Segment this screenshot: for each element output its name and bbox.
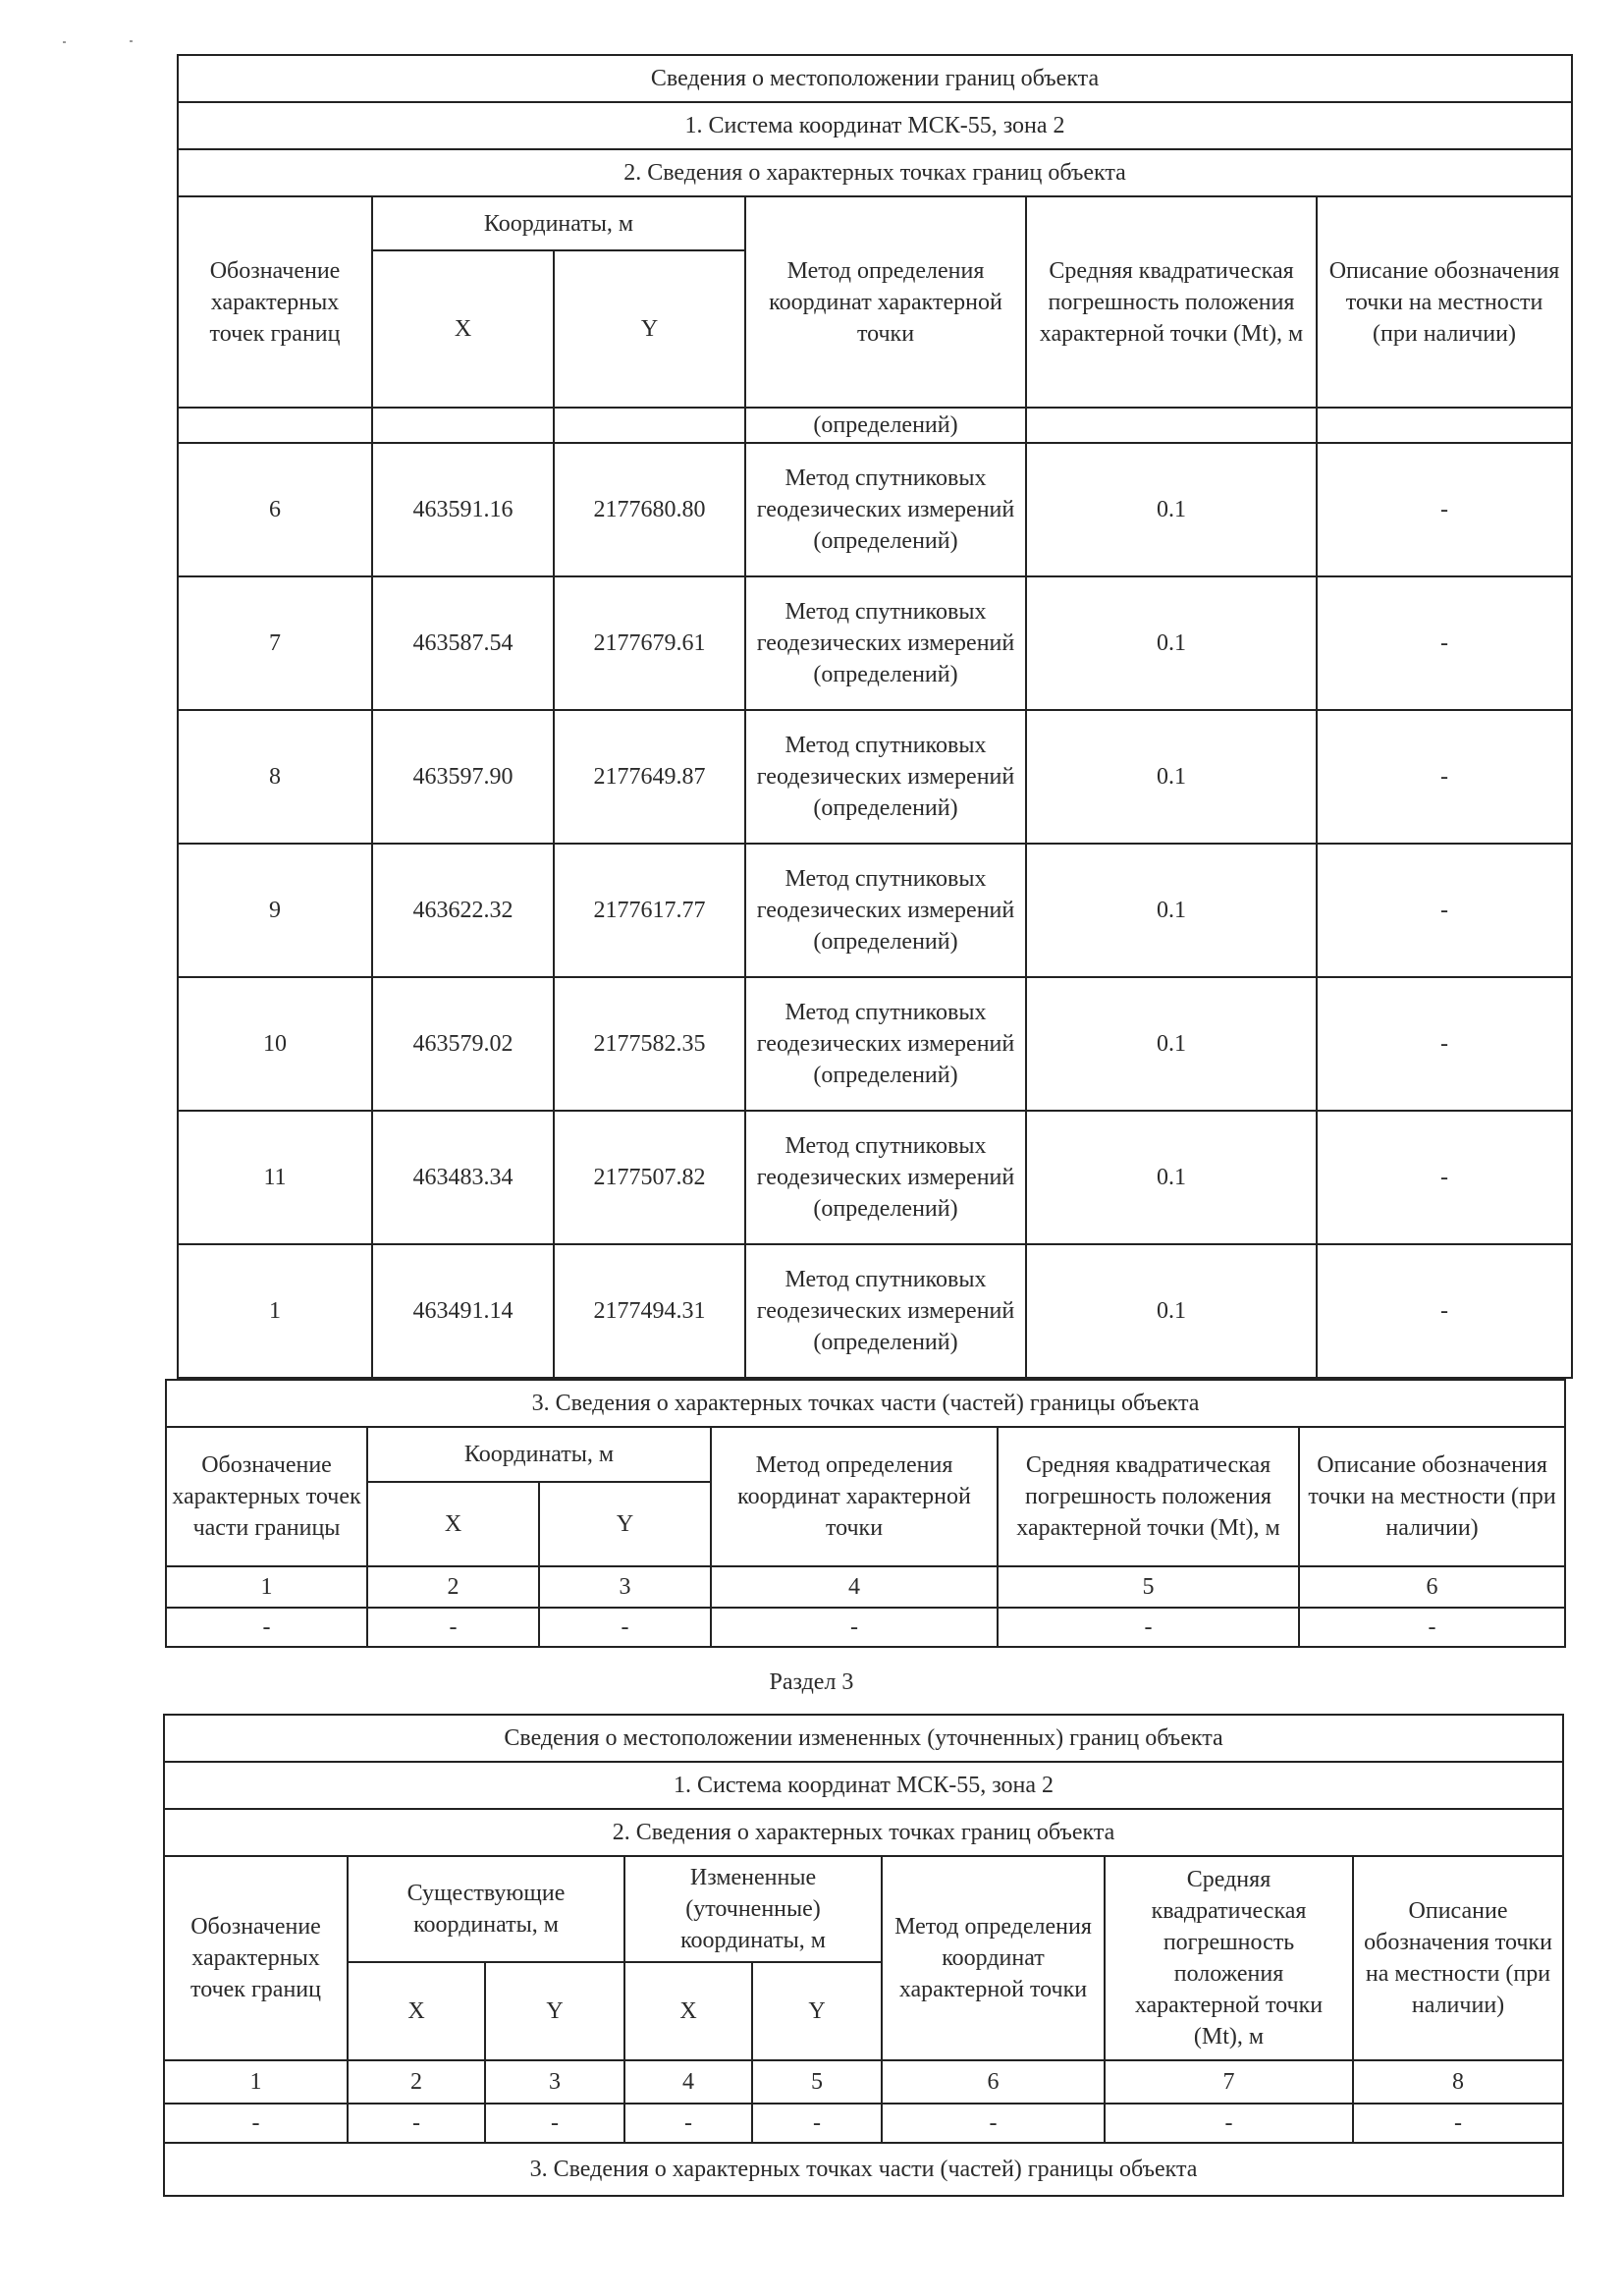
column-number: 8 — [1353, 2060, 1563, 2104]
part-boundary-points-table: 3. Сведения о характерных точках части (… — [165, 1379, 1566, 1648]
header-designation: Обозначение характерных точек границ — [164, 1856, 348, 2060]
empty-cell: - — [164, 2104, 348, 2143]
point-id: 6 — [178, 443, 372, 576]
column-number-row: 12345678 — [164, 2060, 1563, 2104]
coord-x: 463597.90 — [372, 710, 554, 844]
column-number: 5 — [998, 1566, 1299, 1608]
table-row: 6463591.162177680.80Метод спутниковых ге… — [178, 443, 1572, 576]
table-row: 8463597.902177649.87Метод спутниковых ге… — [178, 710, 1572, 844]
table-row: 7463587.542177679.61Метод спутниковых ге… — [178, 576, 1572, 710]
empty-cell: - — [1299, 1608, 1565, 1647]
table-row: 1463491.142177494.31Метод спутниковых ге… — [178, 1244, 1572, 1378]
part-table-title: 3. Сведения о характерных точках части (… — [166, 1380, 1565, 1427]
scan-speck — [63, 41, 66, 43]
mt-value: 0.1 — [1026, 576, 1317, 710]
empty-cell: - — [1353, 2104, 1563, 2143]
method: Метод спутниковых геодезических измерени… — [745, 1111, 1026, 1244]
part-table-title: 3. Сведения о характерных точках части (… — [164, 2143, 1563, 2196]
table-row: -------- — [164, 2104, 1563, 2143]
column-number: 2 — [348, 2060, 485, 2104]
column-number: 6 — [1299, 1566, 1565, 1608]
column-number: 4 — [624, 2060, 752, 2104]
coordinate-system: 1. Система координат МСК-55, зона 2 — [178, 102, 1572, 149]
method: Метод спутниковых геодезических измерени… — [745, 844, 1026, 977]
empty-cell: - — [367, 1608, 539, 1647]
column-number-row: 123456 — [166, 1566, 1565, 1608]
point-id: 9 — [178, 844, 372, 977]
empty-cell: - — [348, 2104, 485, 2143]
header-method: Метод определения координат характерной … — [882, 1856, 1105, 2060]
coord-y: 2177494.31 — [554, 1244, 745, 1378]
empty-cell: - — [485, 2104, 624, 2143]
boundary-points-table: Сведения о местоположении границ объекта… — [177, 54, 1573, 1379]
table-subtitle: 2. Сведения о характерных точках границ … — [164, 1809, 1563, 1856]
header-existing-y: Y — [485, 1962, 624, 2060]
coord-x: 463622.32 — [372, 844, 554, 977]
coordinate-system: 1. Система координат МСК-55, зона 2 — [164, 1762, 1563, 1809]
table-title: Сведения о местоположении измененных (ут… — [164, 1715, 1563, 1762]
changed-boundary-points-table: Сведения о местоположении измененных (ут… — [163, 1714, 1564, 2197]
header-x: X — [372, 250, 554, 408]
method: Метод спутниковых геодезических измерени… — [745, 443, 1026, 576]
table-subtitle: 2. Сведения о характерных точках границ … — [178, 149, 1572, 196]
header-coordinates: Координаты, м — [367, 1427, 711, 1482]
mt-value: 0.1 — [1026, 844, 1317, 977]
coord-y: 2177679.61 — [554, 576, 745, 710]
header-y: Y — [539, 1482, 711, 1566]
coord-y: 2177507.82 — [554, 1111, 745, 1244]
column-number: 3 — [485, 2060, 624, 2104]
carryover-row: (определений) — [178, 408, 1572, 443]
coord-x: 463483.34 — [372, 1111, 554, 1244]
empty-cell: - — [1105, 2104, 1353, 2143]
column-number: 6 — [882, 2060, 1105, 2104]
method: Метод спутниковых геодезических измерени… — [745, 1244, 1026, 1378]
mt-value: 0.1 — [1026, 1244, 1317, 1378]
coord-y: 2177649.87 — [554, 710, 745, 844]
header-designation: Обозначение характерных точек части гран… — [166, 1427, 367, 1566]
description: - — [1317, 977, 1572, 1111]
empty-cell: - — [882, 2104, 1105, 2143]
coord-y: 2177617.77 — [554, 844, 745, 977]
method: Метод спутниковых геодезических измерени… — [745, 576, 1026, 710]
header-error: Средняя квадратическая погрешность полож… — [998, 1427, 1299, 1566]
table-row: 10463579.022177582.35Метод спутниковых г… — [178, 977, 1572, 1111]
description: - — [1317, 844, 1572, 977]
mt-value: 0.1 — [1026, 1111, 1317, 1244]
column-number: 7 — [1105, 2060, 1353, 2104]
empty-cell: - — [166, 1608, 367, 1647]
header-changed-x: X — [624, 1962, 752, 2060]
description: - — [1317, 1244, 1572, 1378]
coord-x: 463491.14 — [372, 1244, 554, 1378]
coord-y: 2177680.80 — [554, 443, 745, 576]
point-id: 1 — [178, 1244, 372, 1378]
point-id: 8 — [178, 710, 372, 844]
column-number: 3 — [539, 1566, 711, 1608]
mt-value: 0.1 — [1026, 443, 1317, 576]
table-row: 11463483.342177507.82Метод спутниковых г… — [178, 1111, 1572, 1244]
scan-speck — [130, 40, 133, 42]
point-id: 11 — [178, 1111, 372, 1244]
header-method: Метод определения координат характерной … — [711, 1427, 998, 1566]
empty-cell: - — [539, 1608, 711, 1647]
header-existing-x: X — [348, 1962, 485, 2060]
empty-cell: - — [998, 1608, 1299, 1647]
coord-x: 463591.16 — [372, 443, 554, 576]
header-changed-y: Y — [752, 1962, 882, 2060]
description: - — [1317, 576, 1572, 710]
mt-value: 0.1 — [1026, 977, 1317, 1111]
header-description: Описание обозначения точки на местности … — [1299, 1427, 1565, 1566]
column-number: 1 — [166, 1566, 367, 1608]
description: - — [1317, 1111, 1572, 1244]
column-number: 4 — [711, 1566, 998, 1608]
header-y: Y — [554, 250, 745, 408]
header-method: Метод определения координат характерной … — [745, 196, 1026, 408]
header-description: Описание обозначения точки на местности … — [1353, 1856, 1563, 2060]
coord-x: 463587.54 — [372, 576, 554, 710]
table-row: ------ — [166, 1608, 1565, 1647]
header-x: X — [367, 1482, 539, 1566]
table-title: Сведения о местоположении границ объекта — [178, 55, 1572, 102]
header-error: Средняя квадратическая погрешность полож… — [1105, 1856, 1353, 2060]
header-coordinates: Координаты, м — [372, 196, 745, 250]
point-id: 10 — [178, 977, 372, 1111]
coord-x: 463579.02 — [372, 977, 554, 1111]
description: - — [1317, 710, 1572, 844]
empty-cell: - — [752, 2104, 882, 2143]
description: - — [1317, 443, 1572, 576]
empty-cell: - — [711, 1608, 998, 1647]
header-designation: Обозначение характерных точек границ — [178, 196, 372, 408]
column-number: 5 — [752, 2060, 882, 2104]
carryover-method: (определений) — [745, 408, 1026, 443]
header-error: Средняя квадратическая погрешность полож… — [1026, 196, 1317, 408]
column-number: 2 — [367, 1566, 539, 1608]
header-existing-coordinates: Существующие координаты, м — [348, 1856, 624, 1962]
header-description: Описание обозначения точки на местности … — [1317, 196, 1572, 408]
method: Метод спутниковых геодезических измерени… — [745, 710, 1026, 844]
header-changed-coordinates: Измененные (уточненные) координаты, м — [624, 1856, 882, 1962]
point-id: 7 — [178, 576, 372, 710]
coord-y: 2177582.35 — [554, 977, 745, 1111]
method: Метод спутниковых геодезических измерени… — [745, 977, 1026, 1111]
mt-value: 0.1 — [1026, 710, 1317, 844]
column-number: 1 — [164, 2060, 348, 2104]
section-label: Раздел 3 — [0, 1669, 1623, 1696]
empty-cell: - — [624, 2104, 752, 2143]
table-row: 9463622.322177617.77Метод спутниковых ге… — [178, 844, 1572, 977]
